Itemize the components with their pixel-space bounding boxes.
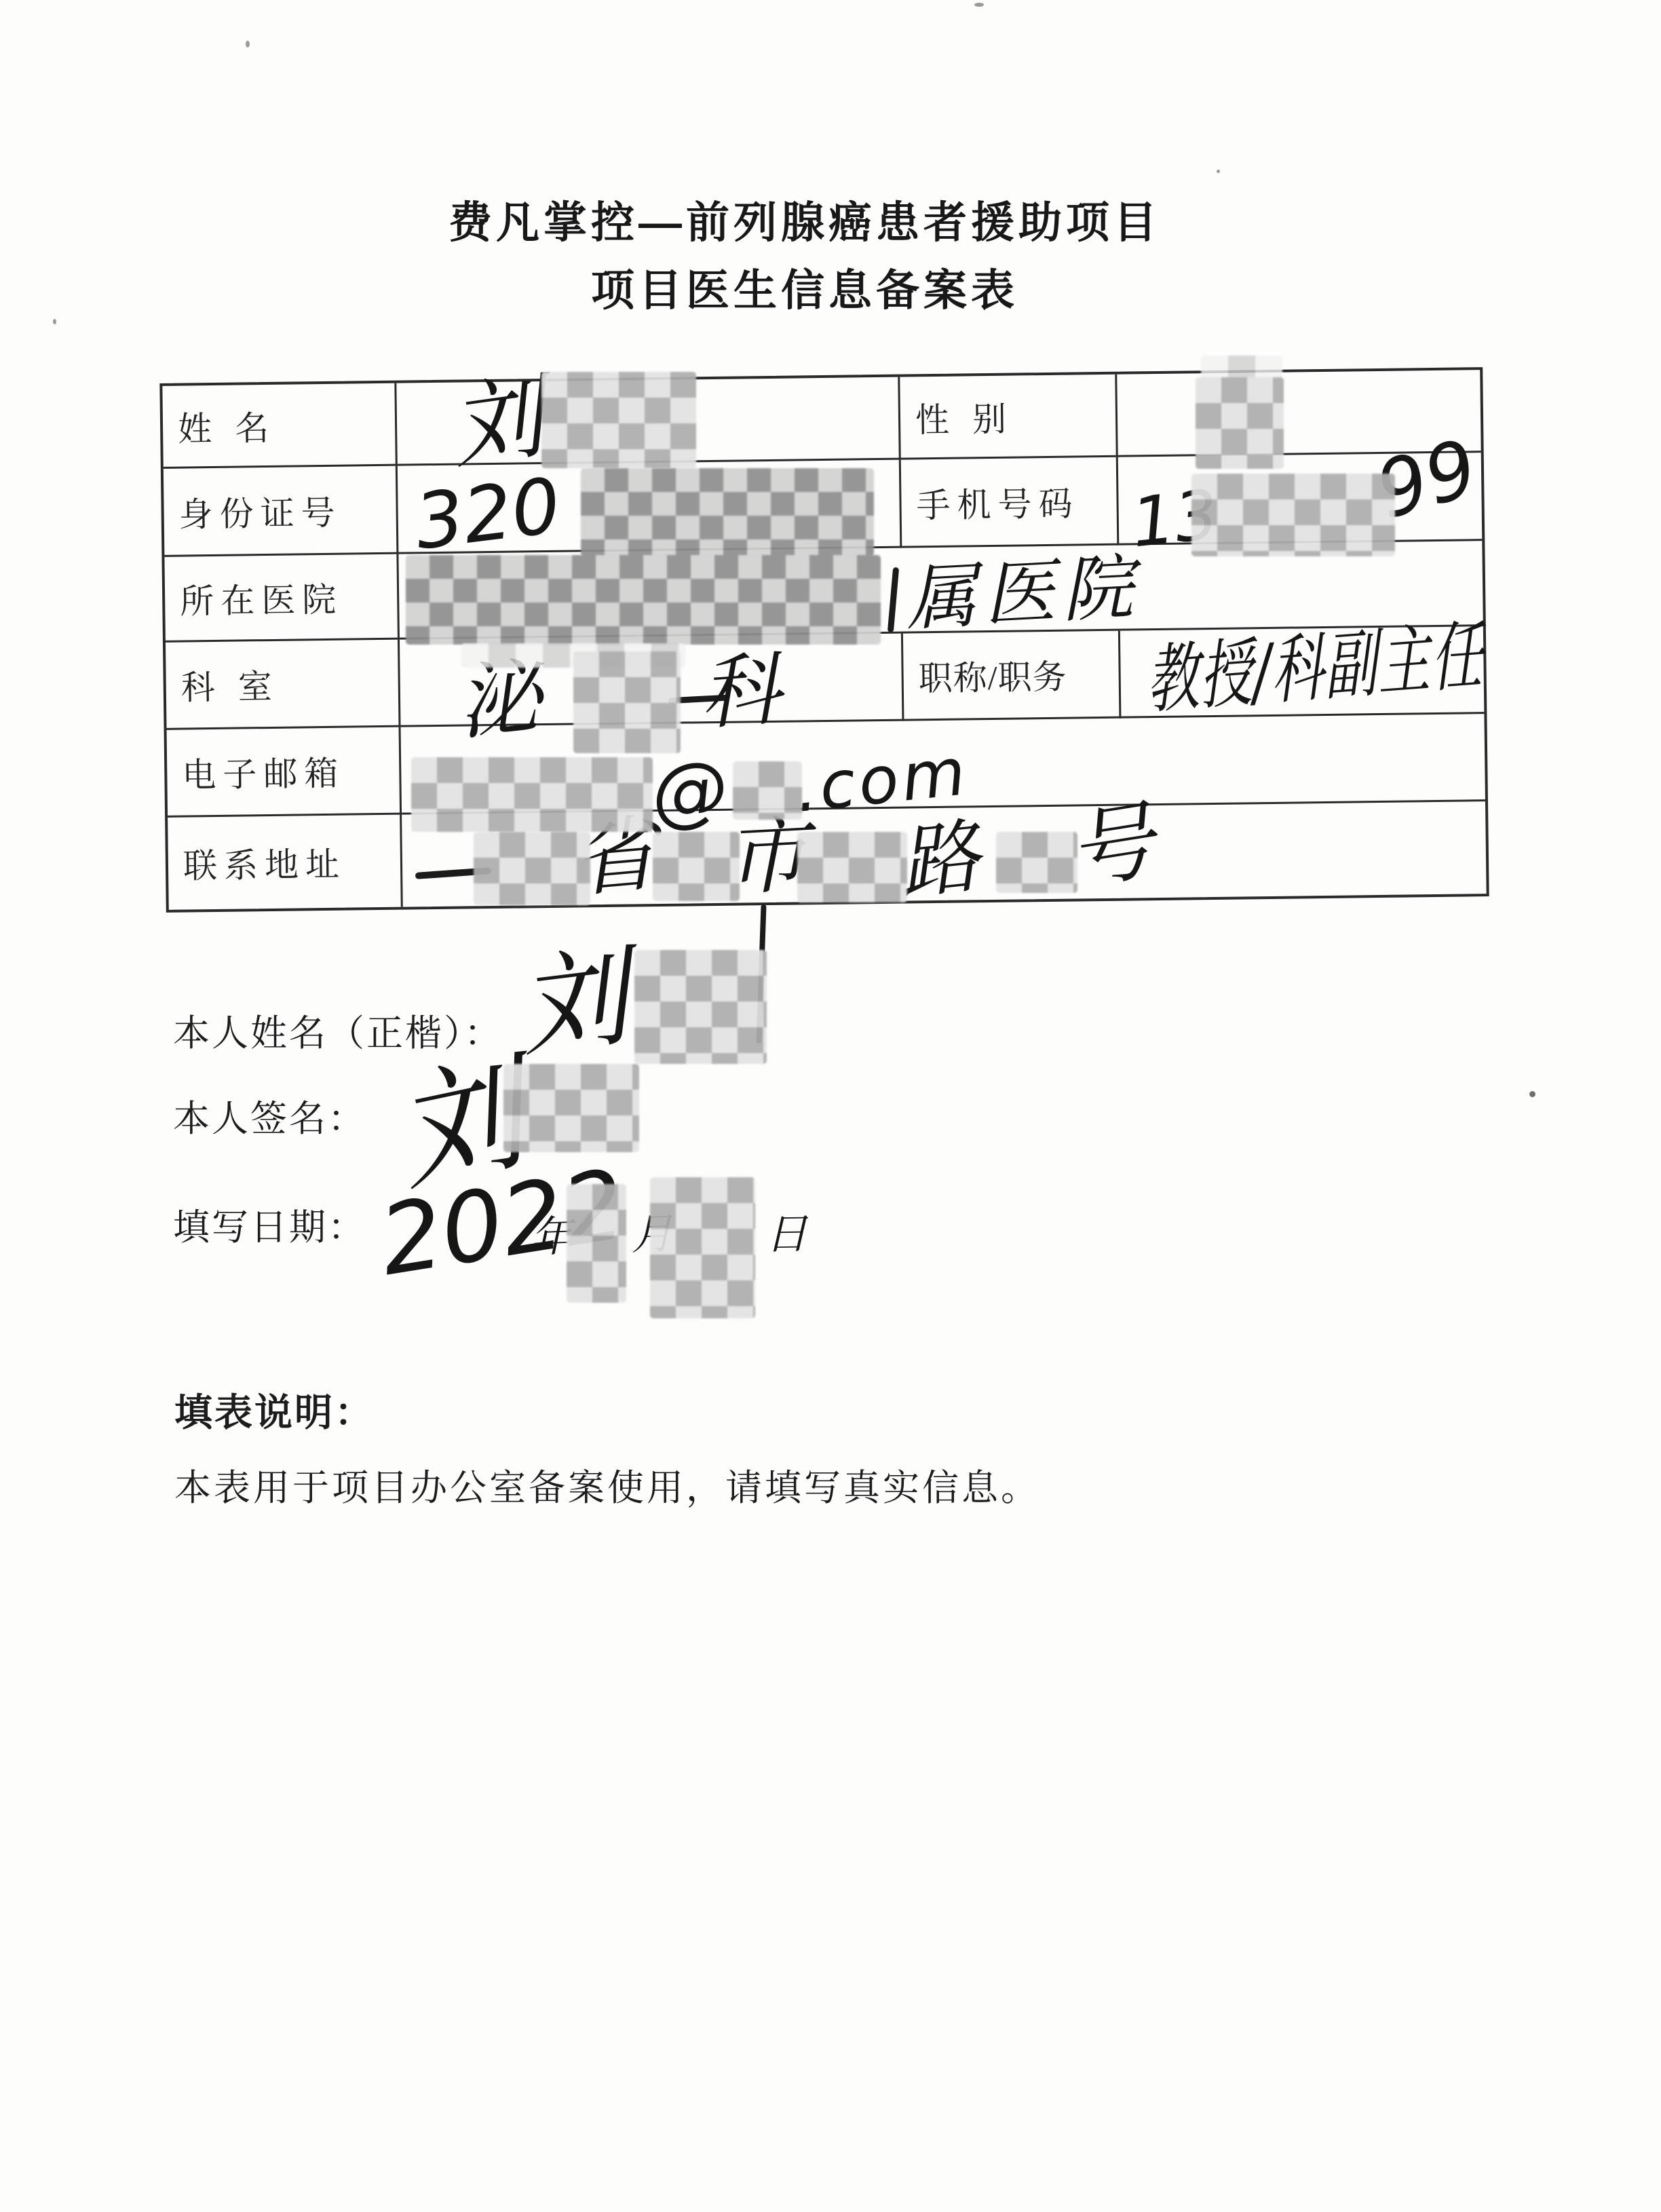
redaction-department [573,651,681,753]
scan-speck [1529,1091,1535,1097]
redaction-name [541,372,696,468]
label-id-number: 身份证号 [164,466,399,557]
scan-speck [53,319,56,324]
label-phone: 手机号码 [901,457,1120,548]
form-title: 费凡掌控—前列腺癌患者援助项目 项目医生信息备案表 [43,201,1566,312]
label-job-title: 职称/职务 [903,631,1122,721]
scanned-form-page: 费凡掌控—前列腺癌患者援助项目 项目医生信息备案表 姓名 性别 身份证号 手机号… [0,0,1661,2212]
handwriting-email-suffix: .com [793,739,972,822]
redaction-id-number [581,468,874,556]
scan-speck [246,41,250,47]
handwriting-name-surname: 刘 [445,370,548,474]
label-department: 科室 [166,640,401,730]
redaction-phone [1191,474,1395,556]
redaction-email-local [411,757,653,832]
redaction-address-4 [996,832,1077,893]
print-name-label: 本人姓名（正楷）： [173,1015,503,1052]
label-gender: 性别 [900,375,1118,460]
redaction-date-day [650,1177,755,1318]
notes-body: 本表用于项目办公室备案使用，请填写真实信息。 [174,1470,1040,1506]
handwriting-hospital-suffix: 属医院 [904,552,1141,635]
scan-speck [974,3,984,7]
handwriting-email-at: @ [648,750,730,832]
redaction-email-domain [733,761,802,820]
form-title-line2: 项目医生信息备案表 [43,269,1566,312]
label-email: 电子邮箱 [167,727,402,818]
redaction-hospital [406,555,881,645]
notes-heading: 填表说明： [174,1394,375,1432]
handwriting-department-suffix: 科 [698,649,783,734]
redaction-address-3 [797,832,907,902]
redaction-date-month [567,1184,626,1303]
redaction-signature [503,1064,639,1152]
label-name: 姓名 [162,383,397,469]
label-hospital: 所在医院 [164,554,400,643]
scan-speck [1217,170,1220,173]
signature-label: 本人签名： [173,1101,366,1137]
redaction-print-name [634,950,767,1064]
handwriting-print-name: 刘 [513,942,634,1063]
redaction-address-1 [474,832,590,905]
form-title-line1: 费凡掌控—前列腺癌患者援助项目 [43,201,1566,244]
date-day-char: 日 [765,1213,807,1255]
handwriting-address-road: 路 [895,816,983,904]
label-address: 联系地址 [168,815,403,910]
redaction-above-gender [1201,356,1282,380]
handwriting-department-prefix: 泌 [454,654,545,745]
redaction-gender [1196,377,1284,469]
redaction-address-2 [653,832,740,901]
fill-date-label: 填写日期： [173,1209,366,1246]
handwriting-id-prefix: 320 [411,468,565,560]
